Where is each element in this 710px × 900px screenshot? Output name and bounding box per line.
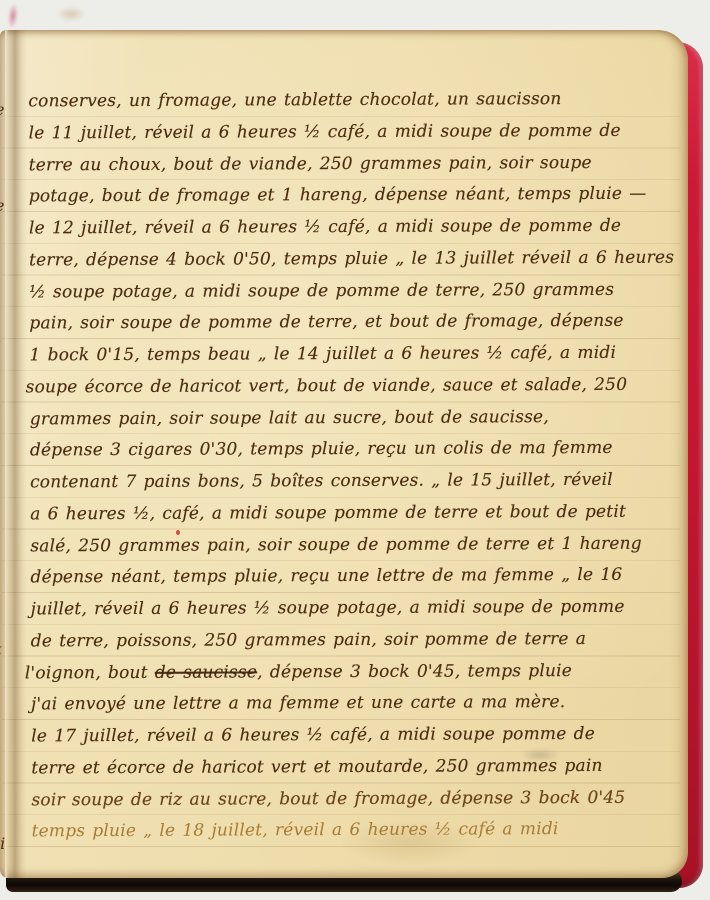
handwritten-line-12: dépense 3 cigares 0'30, temps pluie, reç… — [30, 433, 660, 467]
strikethrough-text: de saucisse — [155, 662, 257, 682]
line-text: a 6 heures ½, café, a midi soupe pomme d… — [30, 502, 626, 525]
line-text: temps pluie „ le 18 juillet, réveil a 6 … — [32, 819, 559, 841]
handwritten-line-19: l'oignon, bout de saucisse, dépense 3 bo… — [25, 655, 661, 690]
line-text: pain, soir soupe de pomme de terre, et b… — [29, 311, 623, 334]
handwritten-line-24: temps pluie „ le 18 juillet, réveil a 6 … — [32, 814, 662, 848]
handwritten-line-21: le 17 juillet, réveil a 6 heures ½ café,… — [31, 719, 661, 753]
line-text: conserves, un fromage, une tablette choc… — [28, 89, 561, 111]
handwritten-line-13: contenant 7 pains bons, 5 boîtes conserv… — [30, 465, 660, 499]
line-text: terre, dépense 4 bock 0'50, temps pluie … — [29, 247, 674, 270]
handwritten-line-07: ½ soupe potage, a midi soupe de pomme de… — [29, 274, 659, 308]
page-edge-fragment: t — [0, 642, 9, 658]
handwritten-line-06: terre, dépense 4 bock 0'50, temps pluie … — [29, 242, 659, 276]
line-text: le 12 juillet, réveil a 6 heures ½ café,… — [29, 216, 621, 239]
line-text: potage, bout de fromage et 1 hareng, dép… — [29, 184, 647, 207]
handwritten-line-08: pain, soir soupe de pomme de terre, et b… — [29, 306, 659, 340]
handwritten-line-17: juillet, réveil a 6 heures ½ soupe potag… — [31, 592, 661, 626]
handwritten-line-04: potage, bout de fromage et 1 hareng, dép… — [29, 179, 659, 213]
scanner-stain — [56, 6, 86, 22]
line-text: , dépense 3 bock 0'45, temps pluie — [257, 661, 572, 682]
line-text: terre au choux, bout de viande, 250 gram… — [29, 152, 592, 174]
red-ink-speck — [176, 530, 180, 535]
line-text: salé, 250 grammes pain, soir soupe de po… — [30, 533, 642, 556]
handwritten-line-14: a 6 heures ½, café, a midi soupe pomme d… — [30, 496, 660, 530]
line-text: soir soupe de riz au sucre, bout de from… — [31, 787, 625, 810]
page-edge-fragment: e — [0, 102, 9, 118]
handwritten-line-10: soupe écorce de haricot vert, bout de vi… — [26, 369, 660, 404]
handwritten-line-22: terre et écorce de haricot vert et mouta… — [31, 750, 661, 784]
line-text: terre et écorce de haricot vert et mouta… — [31, 756, 602, 778]
notebook-scan: e e t li conserves, un fromage, une tabl… — [0, 0, 710, 900]
page-gutter-shadow — [5, 30, 27, 878]
handwritten-line-16: dépense néant, temps pluie, reçu une let… — [30, 560, 660, 594]
handwritten-line-01: conserves, un fromage, une tablette choc… — [28, 84, 658, 118]
handwritten-line-05: le 12 juillet, réveil a 6 heures ½ café,… — [29, 211, 659, 245]
line-text: ½ soupe potage, a midi soupe de pomme de… — [29, 279, 614, 302]
line-text: le 17 juillet, réveil a 6 heures ½ café,… — [31, 724, 595, 746]
page-edge-fragment: li — [0, 836, 9, 852]
line-text: le 11 juillet, réveil a 6 heures ½ café,… — [29, 121, 621, 144]
line-text: contenant 7 pains bons, 5 boîtes conserv… — [30, 470, 613, 493]
handwritten-line-09: 1 bock 0'15, temps beau „ le 14 juillet … — [29, 338, 659, 372]
pink-smudge — [6, 2, 19, 29]
line-text: de terre, poissons, 250 grammes pain, so… — [31, 629, 586, 651]
handwritten-line-18: de terre, poissons, 250 grammes pain, so… — [31, 623, 661, 657]
line-text: dépense 3 cigares 0'30, temps pluie, reç… — [30, 438, 613, 461]
line-text: l'oignon, bout — [25, 662, 155, 683]
handwritten-line-15: salé, 250 grammes pain, soir soupe de po… — [30, 528, 660, 562]
page-edge-fragment: e — [0, 198, 9, 214]
line-text: juillet, réveil a 6 heures ½ soupe potag… — [31, 597, 625, 620]
handwritten-line-23: soir soupe de riz au sucre, bout de from… — [31, 782, 661, 816]
line-text: soupe écorce de haricot vert, bout de vi… — [26, 375, 628, 398]
line-text: j'ai envoyé une lettre a ma femme et une… — [31, 692, 565, 714]
handwriting-text-block: conserves, un fromage, une tablette choc… — [28, 84, 661, 849]
notebook-page: e e t li conserves, un fromage, une tabl… — [0, 30, 688, 878]
line-text: dépense néant, temps pluie, reçu une let… — [30, 565, 622, 588]
line-text: 1 bock 0'15, temps beau „ le 14 juillet … — [29, 343, 616, 366]
handwritten-line-20: j'ai envoyé une lettre a ma femme et une… — [31, 687, 661, 721]
handwritten-line-11: grammes pain, soir soupe lait au sucre, … — [30, 401, 660, 435]
line-text: grammes pain, soir soupe lait au sucre, … — [30, 407, 549, 429]
handwritten-line-03: terre au choux, bout de viande, 250 gram… — [29, 147, 659, 181]
handwritten-line-02: le 11 juillet, réveil a 6 heures ½ café,… — [28, 115, 658, 149]
